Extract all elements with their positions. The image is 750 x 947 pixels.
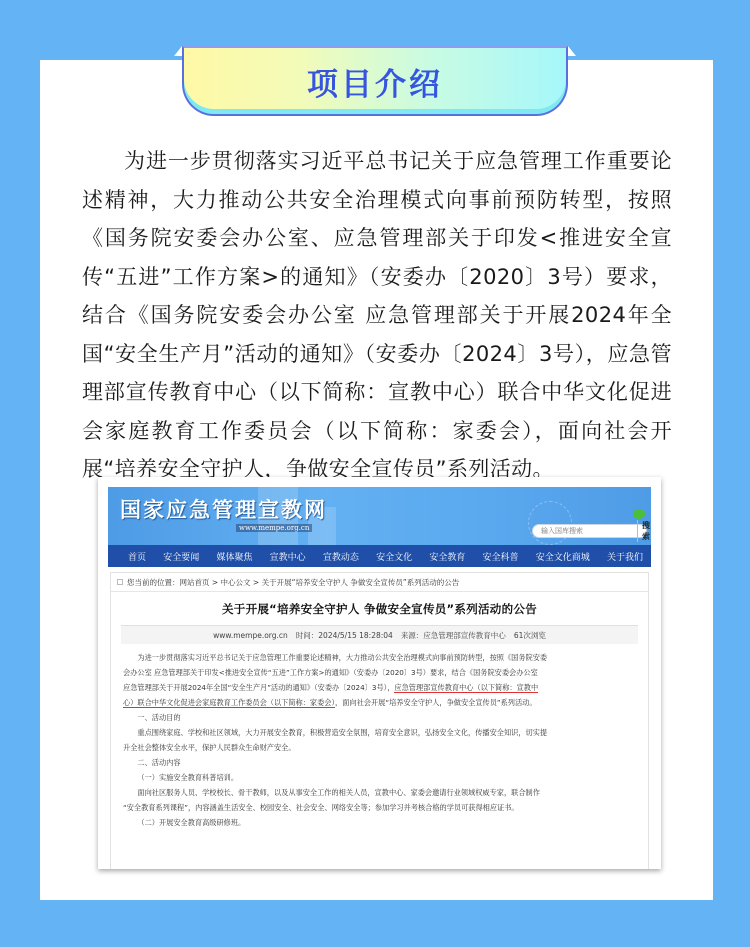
sub-heading: （一）实施安全教育科普培训。 (123, 770, 632, 785)
section-title: 项目介绍 (307, 59, 443, 104)
breadcrumb: 您当前的位置：网站首页 > 中心公文 > 关于开展“培养安全守护人 争做安全宣传… (111, 573, 648, 592)
meta-site: www.mempe.org.cn (213, 631, 288, 640)
section-heading: 二、活动内容 (123, 755, 632, 770)
breadcrumb-text[interactable]: 您当前的位置：网站首页 > 中心公文 > 关于开展“培养安全守护人 争做安全宣传… (127, 577, 459, 588)
article-line: 为进一步贯彻落实习近平总书记关于应急管理工作重要论述精神，大力推动公共安全治理模… (123, 650, 632, 665)
meta-views: 61次浏览 (514, 630, 546, 641)
article-text: 应急管理部关于开展2024年全国“安全生产月”活动的通知》（安委办〔2024〕3… (123, 683, 394, 692)
site-url: www.mempe.org.cn (236, 524, 312, 532)
site-header-banner: 国家应急管理宣教网 www.mempe.org.cn 搜 索 (108, 487, 651, 545)
nav-item-safety-culture[interactable]: 安全文化 (376, 550, 412, 563)
nav-item-safety-science[interactable]: 安全科普 (483, 550, 519, 563)
article-text: ，面向社会开展“培养安全守护人，争做安全宣传员”系列活动。 (335, 698, 537, 707)
search-input[interactable] (533, 525, 637, 537)
ferris-wheel-graphic (528, 501, 572, 545)
section-heading: 一、活动目的 (123, 710, 632, 725)
highlighted-text: 应急管理部宣传教育中心（以下简称：宣教中 (394, 683, 538, 693)
article-line: 会办公室 应急管理部关于印发<推进安全宣传“五进”工作方案>的通知》（安委办〔2… (123, 665, 632, 680)
article-line: 面向社区服务人员、学校校长、骨干教师，以及从事安全工作的相关人员，宣教中心、家委… (123, 785, 632, 800)
search-box: 搜 索 (532, 524, 647, 538)
article-frame: 您当前的位置：网站首页 > 中心公文 > 关于开展“培养安全守护人 争做安全宣传… (110, 572, 649, 869)
website-screenshot: 国家应急管理宣教网 www.mempe.org.cn 搜 索 首页 安全要闻 媒… (98, 477, 661, 869)
nav-item-home[interactable]: 首页 (128, 550, 146, 563)
article-body: 为进一步贯彻落实习近平总书记关于应急管理工作重要论述精神，大力推动公共安全治理模… (111, 644, 648, 830)
intro-paragraph: 为进一步贯彻落实习近平总书记关于应急管理工作重要论述精神，大力推动公共安全治理模… (82, 142, 672, 489)
nav-item-education-center[interactable]: 宣教中心 (270, 550, 306, 563)
nav-item-culture-mall[interactable]: 安全文化商城 (536, 550, 590, 563)
article-line: 升全社会整体安全水平，保护人民群众生命财产安全。 (123, 740, 632, 755)
article-line: 心）联合中华文化促进会家庭教育工作委员会（以下简称：家委会），面向社会开展“培养… (123, 695, 632, 710)
nav-item-media-focus[interactable]: 媒体聚焦 (216, 550, 252, 563)
nav-item-education-news[interactable]: 宣教动态 (323, 550, 359, 563)
nav-item-about-us[interactable]: 关于我们 (607, 550, 643, 563)
nav-item-safety-news[interactable]: 安全要闻 (163, 550, 199, 563)
article-line: “安全教育系列课程”，内容涵盖生活安全、校园安全、社会安全、网络安全等；参加学习… (123, 800, 632, 815)
meta-source: 来源：应急管理部宣传教育中心 (401, 630, 506, 641)
article-title: 关于开展“培养安全守护人 争做安全宣传员”系列活动的公告 (111, 601, 648, 617)
article-meta: www.mempe.org.cn 时间：2024/5/15 18:28:04 来… (121, 625, 638, 644)
highlighted-text: 心）联合中华文化促进会家庭教育工作委员会（以下简称：家委会） (123, 698, 335, 708)
wechat-icon[interactable] (633, 509, 645, 519)
site-logo[interactable]: 国家应急管理宣教网 (120, 494, 327, 524)
sub-heading: （二）开展安全教育高级研修班。 (123, 815, 632, 830)
section-title-tab: 项目介绍 (182, 46, 568, 116)
article-line: 应急管理部关于开展2024年全国“安全生产月”活动的通知》（安委办〔2024〕3… (123, 680, 632, 695)
site-nav: 首页 安全要闻 媒体聚焦 宣教中心 宣教动态 安全文化 安全教育 安全科普 安全… (108, 545, 651, 567)
article-line: 重点围绕家庭、学校和社区领域，大力开展安全教育，积极营造安全氛围，培育安全意识，… (123, 725, 632, 740)
meta-time: 时间：2024/5/15 18:28:04 (296, 630, 393, 641)
nav-item-safety-education[interactable]: 安全教育 (429, 550, 465, 563)
location-icon (117, 579, 123, 585)
search-button[interactable]: 搜 索 (637, 520, 651, 542)
